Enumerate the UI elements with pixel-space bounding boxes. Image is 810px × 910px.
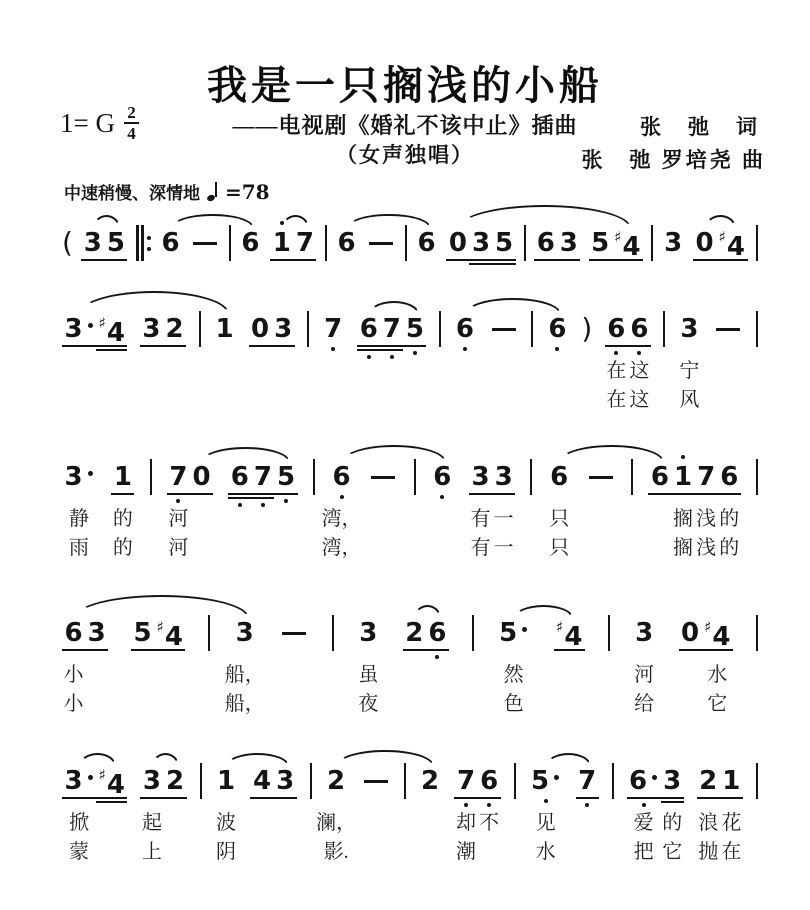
barline <box>439 311 441 347</box>
note-group: 3 <box>357 618 380 648</box>
lyric-syllable: 见 <box>536 811 556 835</box>
octave-dot <box>284 499 288 503</box>
lyric-syllable: 的 <box>113 536 133 560</box>
note: 6 <box>648 462 671 492</box>
sheet-music-page: 我是一只搁浅的小船 1= G 2 4 ——电视剧《婚礼不该中止》插曲 （女声独唱… <box>0 0 810 910</box>
note-group: 3 <box>62 462 96 492</box>
beam-underline <box>697 797 720 799</box>
beam-underline <box>679 649 702 651</box>
beam-underline <box>446 259 469 261</box>
note-group: 6 <box>239 228 262 258</box>
lyric-syllable: 船， <box>225 692 265 716</box>
lyric-syllable: 它 <box>662 840 682 864</box>
slur <box>342 445 447 462</box>
note: 1 <box>111 462 134 492</box>
lyric-syllable: 水 <box>707 663 727 687</box>
beam-underline <box>716 259 747 261</box>
barline <box>756 763 758 799</box>
note: 1 <box>720 766 743 796</box>
beam-underline <box>154 649 185 651</box>
note-group: 3 <box>633 618 656 648</box>
dash-note <box>366 228 396 258</box>
note: 2 <box>325 766 348 796</box>
barline <box>530 459 532 495</box>
lyric-syllable: 不 <box>479 811 499 835</box>
beam-underline <box>293 259 316 261</box>
barline <box>663 311 665 347</box>
note: 2 <box>163 314 186 344</box>
lyric-syllable: 在 <box>606 359 626 383</box>
note-group: 70 <box>167 462 213 492</box>
dash-note <box>489 314 519 344</box>
beam-underline <box>228 497 251 499</box>
note-group: 6 <box>546 314 569 344</box>
barline <box>200 763 202 799</box>
note: 6 <box>546 314 569 344</box>
music-line-4: 635♯433265♯430♯4小船，虽然河水小船，夜色给它 <box>62 618 758 648</box>
lyric-syllable: 雨 <box>69 536 89 560</box>
slur <box>171 214 255 228</box>
beam-underline <box>96 345 127 347</box>
note-group: 63 <box>62 618 108 648</box>
lyric-syllable: 它 <box>707 692 727 716</box>
slur <box>79 291 229 314</box>
barline <box>631 459 633 495</box>
note: 6 <box>159 228 182 258</box>
lyric-syllable: 河 <box>168 536 188 560</box>
lyric-syllable: 湾， <box>322 536 362 560</box>
octave-dot <box>238 503 242 507</box>
slur <box>152 753 179 766</box>
beam-underline <box>718 493 741 495</box>
note: 6 <box>357 314 380 344</box>
barline <box>608 615 610 651</box>
note-group: 17 <box>270 228 316 258</box>
barline <box>524 225 526 261</box>
lyric-syllable: 花 <box>721 811 741 835</box>
lyric-syllable: 小 <box>64 692 84 716</box>
note-group: 3 <box>233 618 256 648</box>
dash-note <box>713 314 743 344</box>
beam-underline <box>478 797 501 799</box>
octave-dot <box>555 347 559 351</box>
note-group: 6 <box>330 462 353 492</box>
lyric-syllable: 在 <box>721 840 741 864</box>
lyric-syllable: 一 <box>494 536 514 560</box>
beam-underline <box>250 797 273 799</box>
note-row: 3170675663366176 <box>62 462 758 492</box>
beam-underline <box>403 649 426 651</box>
octave-dot <box>413 351 417 355</box>
note: 7 <box>167 462 190 492</box>
lyric-syllable: 影. <box>324 840 349 864</box>
note-group: 6 <box>453 314 476 344</box>
slur <box>705 215 736 228</box>
note: 6 <box>627 766 661 796</box>
barline <box>756 459 758 495</box>
duration-dot <box>652 775 657 780</box>
sharp-icon: ♯ <box>719 228 726 246</box>
lyric-syllable: 搁 <box>673 536 693 560</box>
lyric-syllable: 的 <box>719 507 739 531</box>
barline <box>756 615 758 651</box>
beam-underline <box>702 649 733 651</box>
lyric-syllable: 只 <box>549 536 569 560</box>
duration-dot <box>88 323 93 328</box>
note: 3 <box>85 618 108 648</box>
note-group: 3 <box>678 314 701 344</box>
note-group: 35 <box>81 228 127 258</box>
note: 3 <box>140 314 163 344</box>
barline <box>651 225 653 261</box>
note: 6 <box>478 766 501 796</box>
note: 6 <box>415 228 438 258</box>
note-group: 1 <box>111 462 134 492</box>
note: 1 <box>213 314 236 344</box>
barline <box>325 225 327 261</box>
note-group: 76 <box>454 766 500 796</box>
lyric-syllable: 把 <box>634 840 654 864</box>
octave-dot <box>331 347 335 351</box>
barline <box>414 459 416 495</box>
note: ♯4 <box>702 618 733 648</box>
duration-dot <box>554 775 559 780</box>
note: 3 <box>469 462 492 492</box>
lyric-syllable: 然 <box>504 663 524 687</box>
beam-underline <box>357 345 380 347</box>
lyric-syllable: 静 <box>69 507 89 531</box>
note: 6 <box>453 314 476 344</box>
note: 7 <box>251 462 274 492</box>
octave-dot <box>637 351 641 355</box>
slur <box>79 753 116 766</box>
note: 1 <box>672 462 695 492</box>
lyric-syllable: 这 <box>629 388 649 412</box>
note: 3 <box>492 462 515 492</box>
lyric-syllable: 浅 <box>696 536 716 560</box>
note-group: 6176 <box>648 462 740 492</box>
beam-underline <box>140 345 163 347</box>
lyric-syllable: 小 <box>64 663 84 687</box>
note: ♯4 <box>612 228 643 258</box>
beam-underline <box>163 345 186 347</box>
beam-underline <box>557 259 580 261</box>
beam-underline <box>62 649 85 651</box>
octave-dot <box>435 655 439 659</box>
lyric-syllable: 掀 <box>69 811 89 835</box>
beam-underline <box>426 649 449 651</box>
sharp-icon: ♯ <box>99 314 106 332</box>
lyric-syllable: 虽 <box>358 663 378 687</box>
note: ♯4 <box>154 618 185 648</box>
beam-underline <box>251 493 274 495</box>
lyric-syllable: 起 <box>142 811 162 835</box>
lyric-syllable: 的 <box>662 811 682 835</box>
note: 3 <box>274 766 297 796</box>
lyric-syllable: 只 <box>549 507 569 531</box>
note: ♯4 <box>96 766 127 796</box>
music-line-1: (35661766035635♯430♯4 <box>62 228 758 258</box>
note: 2 <box>403 618 426 648</box>
note: 6 <box>330 462 353 492</box>
beam-underline <box>380 345 403 347</box>
note-group: 2 <box>325 766 348 796</box>
note-group: 5♯4 <box>589 228 643 258</box>
barline <box>208 615 210 651</box>
note-row: 3♯432103767566)663 <box>62 314 758 344</box>
lyric-syllable: 阴 <box>216 840 236 864</box>
note-group: 33 <box>469 462 515 492</box>
slur <box>74 595 249 618</box>
note-group: 3♯4 <box>62 314 127 344</box>
barline <box>404 763 406 799</box>
slur <box>559 445 664 462</box>
note: 6 <box>335 228 358 258</box>
note: 3 <box>62 314 96 344</box>
note: 7 <box>293 228 316 258</box>
slur <box>226 753 289 766</box>
note: 5 <box>274 462 297 492</box>
note-group: 32 <box>140 314 186 344</box>
barline <box>756 225 758 261</box>
dash-note <box>279 618 309 648</box>
note: 2 <box>163 766 186 796</box>
note: 5 <box>493 228 516 258</box>
note: 3 <box>469 228 492 258</box>
barline <box>514 763 516 799</box>
beam-underline <box>469 259 492 261</box>
dash-note <box>368 462 398 492</box>
note-group: 63 <box>534 228 580 258</box>
note: 5 <box>403 314 426 344</box>
lyric-syllable: 的 <box>719 536 739 560</box>
octave-dot <box>340 495 344 499</box>
music-line-2: 3♯432103767566)663在这宁在这风 <box>62 314 758 344</box>
note: 5 <box>589 228 612 258</box>
note: 1 <box>214 766 237 796</box>
note-group: 7 <box>576 766 599 796</box>
note-group: 5 <box>497 618 531 648</box>
octave-dot <box>440 495 444 499</box>
note-group: 1 <box>213 314 236 344</box>
lyric-syllable: 有 <box>471 536 491 560</box>
note: 7 <box>322 314 345 344</box>
note: 6 <box>62 618 85 648</box>
lyric-syllable: 浪 <box>698 811 718 835</box>
note-group: 0♯4 <box>679 618 733 648</box>
beam-underline <box>62 797 96 799</box>
note: 3 <box>140 766 163 796</box>
lyric-syllable: 波 <box>216 811 236 835</box>
note: 3 <box>62 462 96 492</box>
beam-underline <box>96 349 127 351</box>
note: 2 <box>697 766 720 796</box>
barline <box>150 459 152 495</box>
lyric-syllable: 抛 <box>698 840 718 864</box>
note-group: 1 <box>214 766 237 796</box>
beam-underline <box>589 259 612 261</box>
beam-underline <box>576 797 599 799</box>
slur <box>93 215 120 228</box>
note: 3 <box>662 228 685 258</box>
beam-underline <box>534 259 557 261</box>
lyric-syllable: 水 <box>536 840 556 864</box>
barline <box>313 459 315 495</box>
beam-underline <box>111 493 134 495</box>
music-line-5: 3♯4321432276576321掀起波澜，却不见爱的浪花蒙上阴影.潮水把它抛… <box>62 766 758 796</box>
note-group: 03 <box>249 314 295 344</box>
note: 3 <box>661 766 684 796</box>
note: 3 <box>357 618 380 648</box>
lyric-syllable: 却 <box>456 811 476 835</box>
octave-dot <box>614 351 618 355</box>
beam-underline <box>270 259 293 261</box>
lyric-syllable: 一 <box>494 507 514 531</box>
lyric-syllable: 浅 <box>696 507 716 531</box>
beam-underline <box>96 801 127 803</box>
barline <box>756 311 758 347</box>
repeat-begin-barline <box>136 225 151 261</box>
beam-underline <box>380 349 403 351</box>
note-group: 0♯4 <box>693 228 747 258</box>
beam-underline <box>493 259 516 261</box>
note: 6 <box>548 462 571 492</box>
octave-dot <box>463 347 467 351</box>
note-group: 43 <box>250 766 296 796</box>
lyric-syllable: 蒙 <box>69 840 89 864</box>
beam-underline <box>695 493 718 495</box>
barline <box>310 763 312 799</box>
octave-dot <box>487 803 491 807</box>
note-group: 6 <box>335 228 358 258</box>
slur <box>347 214 431 228</box>
note: 3 <box>557 228 580 258</box>
note-group: 035 <box>446 228 515 258</box>
octave-dot <box>464 803 468 807</box>
barline <box>199 311 201 347</box>
lyric-syllable: 上 <box>142 840 162 864</box>
note: 6 <box>431 462 454 492</box>
beam-underline <box>648 493 671 495</box>
barline <box>472 615 474 651</box>
beam-underline <box>493 263 516 265</box>
slur <box>514 605 574 618</box>
slur <box>201 447 290 462</box>
parenthesis: ) <box>581 314 592 344</box>
lyric-syllable: 船， <box>225 663 265 687</box>
octave-dot <box>261 503 265 507</box>
note: 6 <box>228 462 251 492</box>
note-group: 3 <box>662 228 685 258</box>
lyric-syllable: 潮 <box>456 840 476 864</box>
octave-dot <box>280 221 284 225</box>
lyric-syllable: 爱 <box>634 811 654 835</box>
barline <box>612 763 614 799</box>
note-row: 3♯4321432276576321 <box>62 766 758 796</box>
note: ♯4 <box>96 314 127 344</box>
beam-underline <box>104 259 127 261</box>
note: 1 <box>270 228 293 258</box>
note: 5 <box>104 228 127 258</box>
octave-dot <box>681 455 685 459</box>
note-group: 5♯4 <box>131 618 185 648</box>
note: 3 <box>233 618 256 648</box>
beam-underline <box>85 649 108 651</box>
note-row: (35661766035635♯430♯4 <box>62 228 758 258</box>
note: 6 <box>426 618 449 648</box>
note-group: 26 <box>403 618 449 648</box>
note: 3 <box>272 314 295 344</box>
note: 6 <box>605 314 628 344</box>
note: 6 <box>239 228 262 258</box>
note: ♯4 <box>554 618 585 648</box>
beam-underline <box>628 345 651 347</box>
note-group: 6 <box>548 462 571 492</box>
duration-dot <box>522 627 527 632</box>
note-group: 2 <box>418 766 441 796</box>
barline <box>332 615 334 651</box>
note-group: 7 <box>322 314 345 344</box>
lyric-syllable: 夜 <box>358 692 378 716</box>
note: 3 <box>633 618 656 648</box>
note-group: 6 <box>159 228 182 258</box>
note-group: 6 <box>415 228 438 258</box>
octave-dot <box>390 355 394 359</box>
lyric-syllable: 搁 <box>673 507 693 531</box>
slur <box>546 753 592 766</box>
beam-underline <box>62 345 96 347</box>
lyric-syllable: 湾， <box>322 507 362 531</box>
beam-underline <box>661 801 684 803</box>
octave-dot <box>585 803 589 807</box>
note: 0 <box>249 314 272 344</box>
note-row: 635♯433265♯430♯4 <box>62 618 758 648</box>
parenthesis: ( <box>62 228 73 258</box>
octave-dot <box>642 803 646 807</box>
octave-dot <box>176 499 180 503</box>
beam-underline <box>605 345 628 347</box>
note: 3 <box>62 766 96 796</box>
barline <box>531 311 533 347</box>
note-group: 21 <box>697 766 743 796</box>
note: 0 <box>446 228 469 258</box>
lyric-syllable: 有 <box>471 507 491 531</box>
note: 6 <box>628 314 651 344</box>
note: 5 <box>497 618 531 648</box>
note: ♯4 <box>716 228 747 258</box>
beam-underline <box>272 345 295 347</box>
lyric-syllable: 色 <box>504 692 524 716</box>
score-area: (35661766035635♯430♯43♯432103767566)663在… <box>0 0 810 910</box>
dash-note <box>361 766 391 796</box>
sharp-icon: ♯ <box>614 228 621 246</box>
barline <box>229 225 231 261</box>
lyric-syllable: 宁 <box>679 359 699 383</box>
note-group: 675 <box>228 462 297 492</box>
note: 7 <box>454 766 477 796</box>
duration-dot <box>88 775 93 780</box>
slur <box>458 205 632 228</box>
beam-underline <box>140 797 163 799</box>
octave-dot <box>367 355 371 359</box>
note: 5 <box>131 618 154 648</box>
sharp-icon: ♯ <box>157 618 164 636</box>
slur <box>282 215 309 228</box>
sharp-icon: ♯ <box>556 618 563 636</box>
note: 6 <box>718 462 741 492</box>
note: 4 <box>250 766 273 796</box>
music-line-3: 3170675663366176静的河湾，有一只搁浅的雨的河湾，有一只搁浅的 <box>62 462 758 492</box>
